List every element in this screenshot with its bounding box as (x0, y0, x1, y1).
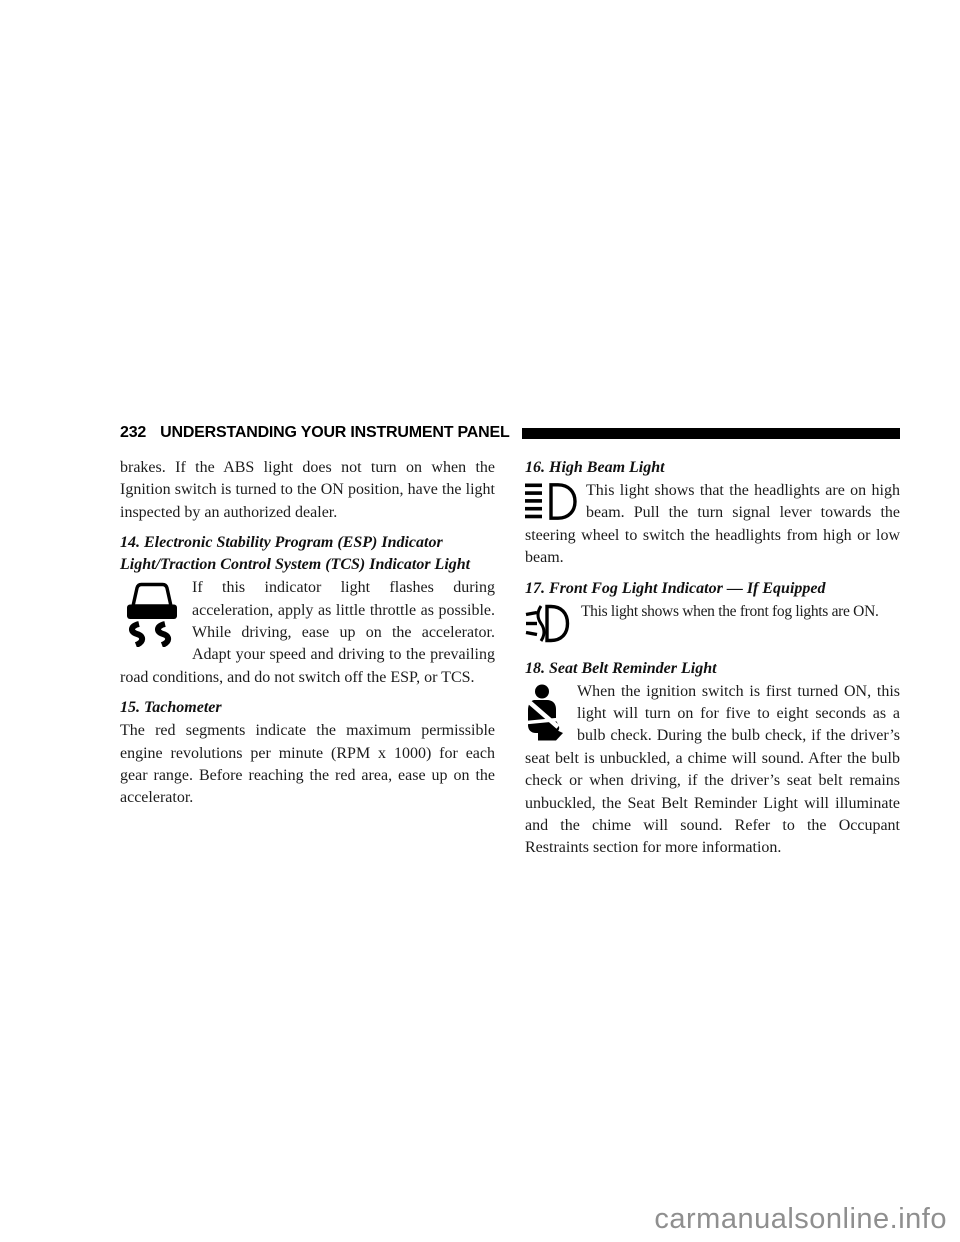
right-column: 16. High Beam Light This light shows tha… (525, 457, 900, 860)
manual-page: 232 UNDERSTANDING YOUR INSTRUMENT PANEL … (0, 0, 960, 1242)
abs-continued-paragraph: brakes. If the ABS light does not turn o… (120, 457, 495, 524)
page-content: 232 UNDERSTANDING YOUR INSTRUMENT PANEL … (120, 424, 900, 860)
page-title: UNDERSTANDING YOUR INSTRUMENT PANEL (160, 424, 509, 442)
section-18-heading: 18. Seat Belt Reminder Light (525, 658, 900, 680)
section-16-text: This light shows that the headlights are… (525, 482, 900, 566)
header-rule-bar (522, 428, 900, 439)
section-18-body: When the ignition switch is first turned… (525, 681, 900, 860)
section-17-heading: 17. Front Fog Light Indicator — If Equip… (525, 578, 900, 600)
section-16-body: This light shows that the headlights are… (525, 480, 900, 570)
section-15-body: The red segments indicate the maximum pe… (120, 720, 495, 810)
section-17-body: This light shows when the front fog ligh… (525, 601, 900, 623)
section-15-heading: 15. Tachometer (120, 697, 495, 719)
section-14-heading: 14. Electronic Stability Program (ESP) I… (120, 532, 495, 576)
section-16-heading: 16. High Beam Light (525, 457, 900, 479)
front-fog-light-indicator-icon (525, 603, 571, 644)
section-17-text: This light shows when the front fog ligh… (581, 603, 879, 620)
high-beam-indicator-icon (525, 483, 577, 520)
two-column-layout: brakes. If the ABS light does not turn o… (120, 457, 900, 860)
page-header: 232 UNDERSTANDING YOUR INSTRUMENT PANEL (120, 424, 900, 442)
seat-belt-reminder-icon (525, 684, 567, 741)
site-watermark: carmanualsonline.info (654, 1203, 947, 1236)
esp-tcs-indicator-icon (120, 581, 184, 647)
left-column: brakes. If the ABS light does not turn o… (120, 457, 495, 860)
section-14-body: If this indicator light flashes during a… (120, 577, 495, 689)
section-18-text: When the ignition switch is first turned… (525, 683, 900, 857)
page-number: 232 (120, 424, 146, 442)
